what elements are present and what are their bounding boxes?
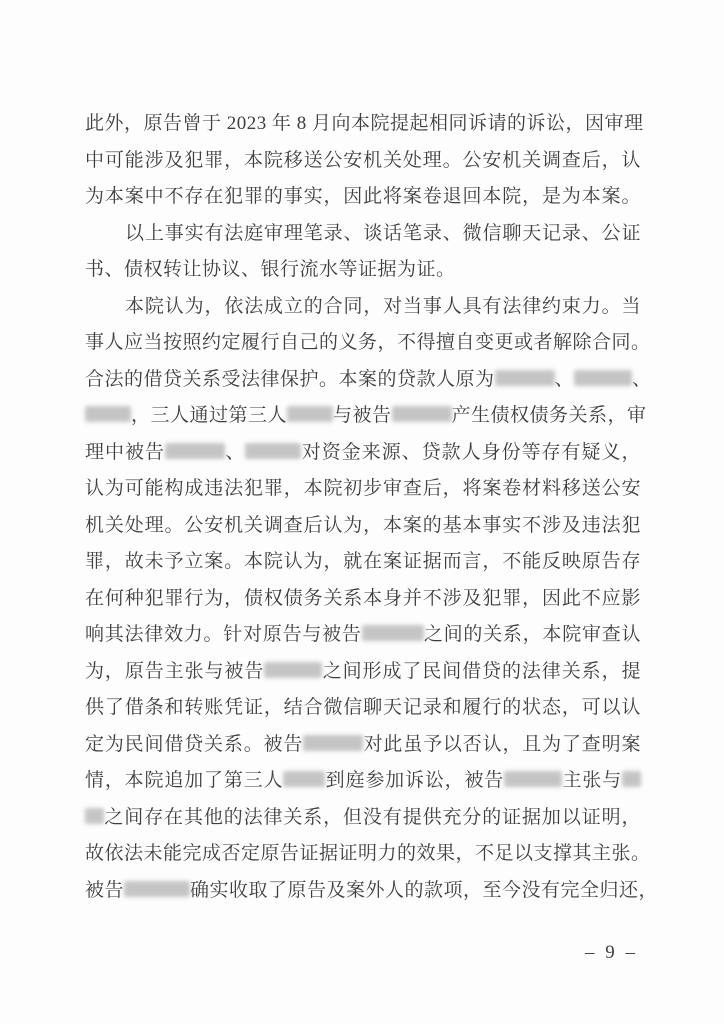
redaction-blur — [362, 625, 424, 641]
document-line: 合法的借贷关系受法律保护。本案的贷款人原为、、 — [85, 362, 641, 399]
line-text: 主张与 — [562, 770, 622, 791]
redaction-blur — [495, 370, 555, 386]
document-line: 中可能涉及犯罪，本院移送公安机关处理。公安机关调查后，认 — [85, 143, 641, 180]
document-line: 以上事实有法庭审理笔录、谈话笔录、微信聊天记录、公证 — [85, 216, 641, 253]
line-text: 合法的借贷关系受法律保护。本案的贷款人原为 — [85, 369, 495, 390]
redaction-blur — [504, 771, 562, 787]
line-text: 理中被告 — [85, 442, 165, 463]
redaction-blur — [392, 406, 452, 422]
redaction-blur — [303, 735, 363, 751]
line-text: 被告 — [85, 880, 124, 901]
document-line: 在何种犯罪行为，债权债务关系本身并不涉及犯罪，因此不应影 — [85, 581, 641, 618]
document-line: 事人应当按照约定履行自己的义务，不得擅自变更或者解除合同。 — [85, 325, 641, 362]
line-text: 定为民间借贷关系。被告 — [85, 734, 303, 755]
document-line: 为本案中不存在犯罪的事实，因此将案卷退回本院，是为本案。 — [85, 179, 641, 216]
line-text: 、 — [632, 369, 652, 390]
line-text: ，三人通过第三人 — [131, 405, 287, 426]
document-line: 本院认为，依法成立的合同，对当事人具有法律约束力。当 — [85, 289, 641, 326]
redaction-blur — [85, 808, 104, 824]
line-text: 、 — [555, 369, 575, 390]
line-text: 情，本院追加了第三人 — [85, 770, 283, 791]
document-line: 机关处理。公安机关调查后认为，本案的基本事实不涉及违法犯 — [85, 508, 641, 545]
line-text: 机关处理。公安机关调查后认为，本案的基本事实不涉及违法犯 — [85, 515, 641, 536]
line-text: 以上事实有法庭审理笔录、谈话笔录、微信聊天记录、公证 — [125, 223, 641, 244]
redaction-blur — [165, 443, 225, 459]
document-page: 此外，原告曾于 2023 年 8 月向本院提起相同诉请的诉讼，因审理中可能涉及犯… — [0, 0, 724, 1024]
line-text: 本院认为，依法成立的合同，对当事人具有法律约束力。当 — [125, 296, 641, 317]
line-text: 、 — [225, 442, 245, 463]
document-line: 供了借条和转账凭证，结合微信聊天记录和履行的状态，可以认 — [85, 690, 641, 727]
page-number: – 9 – — [585, 942, 638, 964]
document-line: 此外，原告曾于 2023 年 8 月向本院提起相同诉请的诉讼，因审理 — [85, 106, 641, 143]
line-text: 供了借条和转账凭证，结合微信聊天记录和履行的状态，可以认 — [85, 697, 641, 718]
line-text: 到庭参加诉讼，被告 — [325, 770, 504, 791]
document-line: ，三人通过第三人与被告产生债权债务关系，审 — [85, 398, 641, 435]
document-line: 书、债权转让协议、银行流水等证据为证。 — [85, 252, 641, 289]
line-text: 响其法律效力。针对原告与被告 — [85, 624, 362, 645]
line-text: 认为可能构成违法犯罪，本院初步审查后，将案卷材料移送公安 — [85, 478, 641, 499]
line-text: 在何种犯罪行为，债权债务关系本身并不涉及犯罪，因此不应影 — [85, 588, 641, 609]
document-body: 此外，原告曾于 2023 年 8 月向本院提起相同诉请的诉讼，因审理中可能涉及犯… — [85, 106, 641, 909]
document-line: 响其法律效力。针对原告与被告之间的关系，本院审查认 — [85, 617, 641, 654]
document-line: 罪，故未予立案。本院认为，就在案证据而言，不能反映原告存 — [85, 544, 641, 581]
document-line: 理中被告、对资金来源、贷款人身份等存有疑义， — [85, 435, 641, 472]
line-text: 此外，原告曾于 2023 年 8 月向本院提起相同诉请的诉讼，因审理 — [85, 113, 644, 134]
document-line: 故依法未能完成否定原告证据证明力的效果，不足以支撑其主张。 — [85, 836, 641, 873]
line-text: 中可能涉及犯罪，本院移送公安机关处理。公安机关调查后，认 — [85, 150, 641, 171]
line-text: 对资金来源、贷款人身份等存有疑义， — [301, 442, 641, 463]
redaction-blur — [264, 662, 322, 678]
document-line: 之间存在其他的法律关系，但没有提供充分的证据加以证明， — [85, 800, 641, 837]
redaction-blur — [622, 771, 641, 787]
document-line: 情，本院追加了第三人到庭参加诉讼，被告主张与 — [85, 763, 641, 800]
line-text: 为本案中不存在犯罪的事实，因此将案卷退回本院，是为本案。 — [85, 186, 641, 207]
line-text: 故依法未能完成否定原告证据证明力的效果，不足以支撑其主张。 — [85, 843, 651, 864]
line-text: 为，原告主张与被告 — [85, 661, 264, 682]
line-text: 确实收取了原告及案外人的款项，至今没有完全归还， — [190, 880, 658, 901]
redaction-blur — [124, 881, 190, 897]
document-line: 定为民间借贷关系。被告对此虽予以否认，且为了查明案 — [85, 727, 641, 764]
line-text: 产生债权债务关系，审 — [452, 405, 647, 426]
redaction-blur — [283, 771, 325, 787]
redaction-blur — [287, 406, 333, 422]
line-text: 之间存在其他的法律关系，但没有提供充分的证据加以证明， — [104, 807, 641, 828]
redaction-blur — [85, 406, 131, 422]
line-text: 之间的关系，本院审查认 — [424, 624, 641, 645]
document-line: 被告确实收取了原告及案外人的款项，至今没有完全归还， — [85, 873, 641, 910]
line-text: 与被告 — [333, 405, 392, 426]
line-text: 事人应当按照约定履行自己的义务，不得擅自变更或者解除合同。 — [85, 332, 651, 353]
redaction-blur — [245, 443, 301, 459]
redaction-blur — [574, 370, 632, 386]
document-line: 为，原告主张与被告之间形成了民间借贷的法律关系，提 — [85, 654, 641, 691]
line-text: 罪，故未予立案。本院认为，就在案证据而言，不能反映原告存 — [85, 551, 641, 572]
document-line: 认为可能构成违法犯罪，本院初步审查后，将案卷材料移送公安 — [85, 471, 641, 508]
line-text: 对此虽予以否认，且为了查明案 — [363, 734, 641, 755]
line-text: 之间形成了民间借贷的法律关系，提 — [322, 661, 641, 682]
line-text: 书、债权转让协议、银行流水等证据为证。 — [85, 259, 456, 280]
